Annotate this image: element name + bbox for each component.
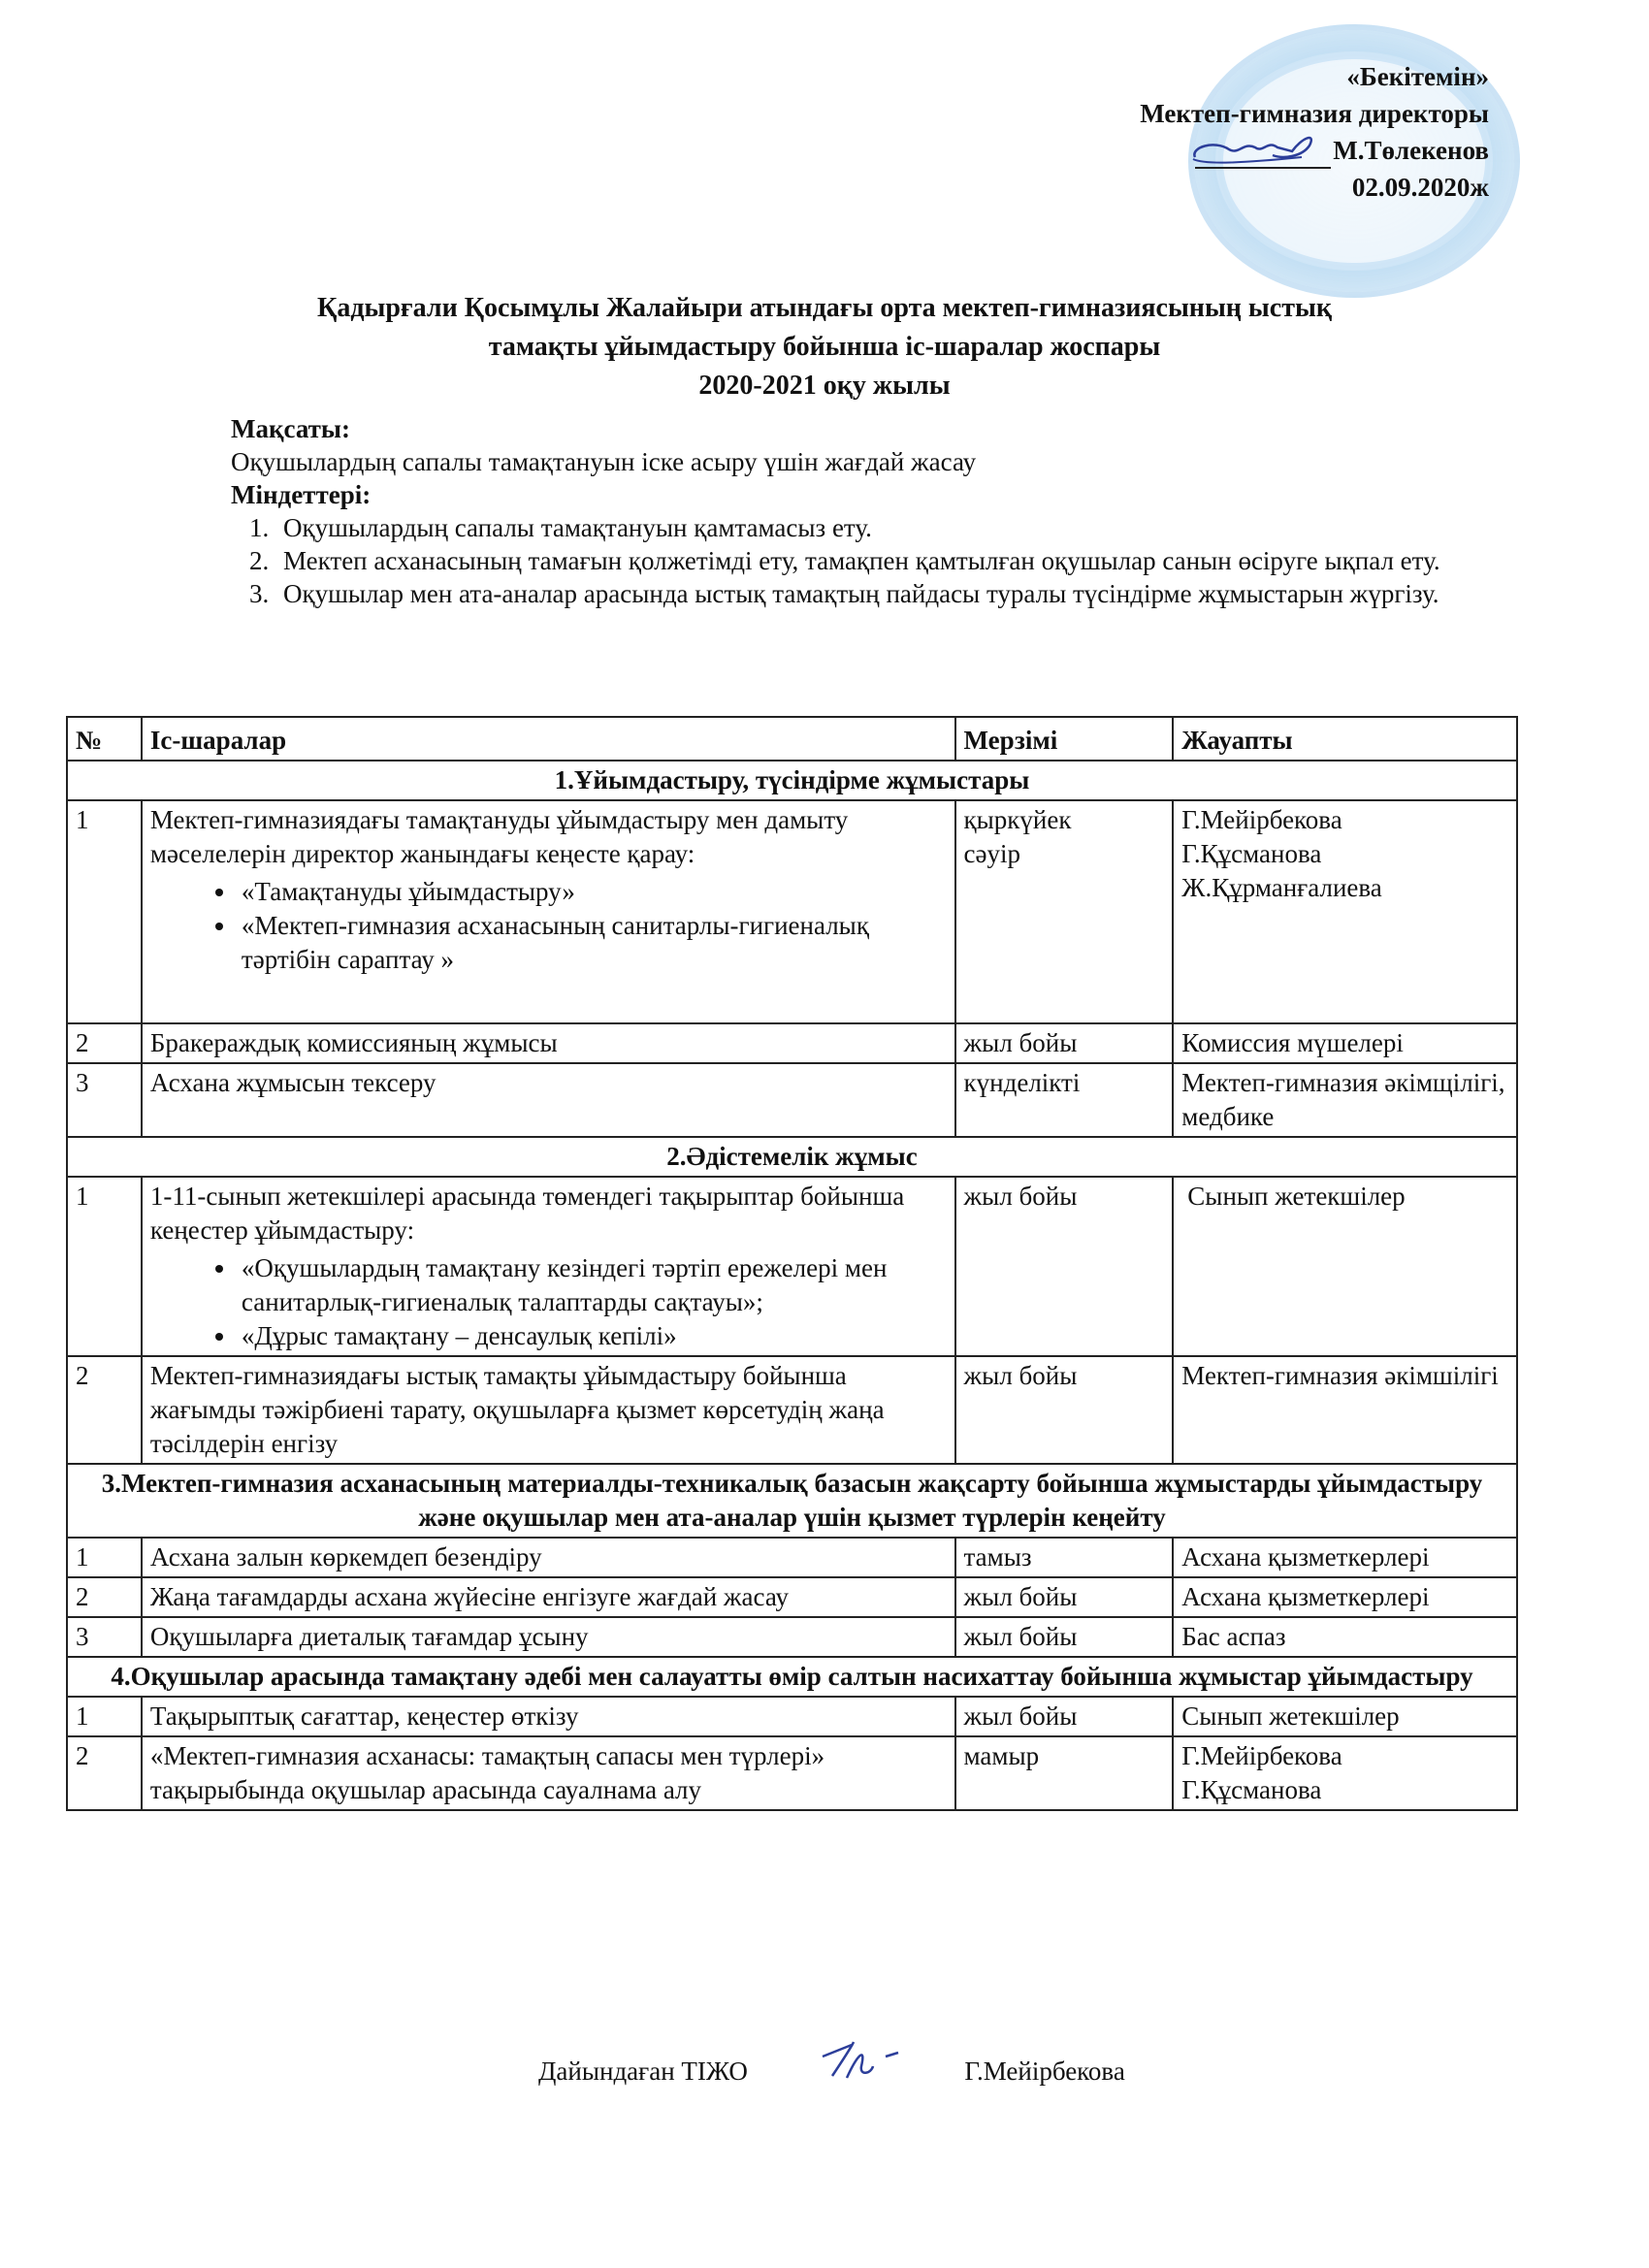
term-line: қыркүйек <box>964 803 1165 837</box>
row-responsible: Комиссия мүшелері <box>1173 1023 1517 1063</box>
row-activity: Мектеп-гимназиядағы ыстық тамақты ұйымда… <box>142 1356 955 1464</box>
row-activity: Жаңа тағамдарды асхана жүйесіне енгізуге… <box>142 1577 955 1617</box>
responsible-line: Г.Құсманова <box>1181 837 1508 871</box>
signature-scribble-icon <box>813 2037 939 2086</box>
approval-signature-row: М.Төлекенов <box>1140 132 1489 169</box>
section-row: 3.Мектеп-гимназия асханасының материалды… <box>67 1464 1517 1538</box>
task-item: Мектеп асханасының тамағын қолжетімді ет… <box>275 544 1492 577</box>
row-term: жыл бойы <box>955 1356 1174 1464</box>
bullet-item: «Мектеп-гимназия асханасының санитарлы-г… <box>238 909 947 977</box>
row-activity: Тақырыптық сағаттар, кеңестер өткізу <box>142 1697 955 1736</box>
intro-block: Мақсаты: Оқушылардың сапалы тамақтануын … <box>231 412 1492 610</box>
row-responsible: Бас аспаз <box>1173 1617 1517 1657</box>
row-number: 2 <box>67 1736 142 1810</box>
activity-bullets: «Оқушылардың тамақтану кезіндегі тәртіп … <box>150 1251 947 1353</box>
row-number: 1 <box>67 1177 142 1356</box>
activity-bullets: «Тамақтануды ұйымдастыру» «Мектеп-гимназ… <box>150 875 947 977</box>
row-activity: Оқушыларға диеталық тағамдар ұсыну <box>142 1617 955 1657</box>
footer-signature: Дайындаған ТІЖО Г.Мейірбекова <box>538 2055 1125 2093</box>
activity-text: 1-11-сынып жетекшілері арасында төмендег… <box>150 1182 904 1245</box>
bullet-item: «Дұрыс тамақтану – денсаулық кепілі» <box>238 1319 947 1353</box>
table-row: 1 Тақырыптық сағаттар, кеңестер өткізу ж… <box>67 1697 1517 1736</box>
title-line-1: Қадырғали Қосымұлы Жалайыри атындағы орт… <box>0 289 1649 328</box>
table-row: 2 Жаңа тағамдарды асхана жүйесіне енгізу… <box>67 1577 1517 1617</box>
approval-block: «Бекітемін» Мектеп-гимназия директоры М.… <box>1140 58 1489 206</box>
header-responsible: Жауапты <box>1173 717 1517 761</box>
row-number: 3 <box>67 1063 142 1137</box>
table-row: 1 Асхана залын көркемдеп безендіру тамыз… <box>67 1538 1517 1577</box>
row-activity: «Мектеп-гимназия асханасы: тамақтың сапа… <box>142 1736 955 1810</box>
term-line: сәуір <box>964 837 1165 871</box>
row-term: жыл бойы <box>955 1617 1174 1657</box>
row-term: қыркүйек сәуір <box>955 800 1174 1023</box>
document-title: Қадырғали Қосымұлы Жалайыри атындағы орт… <box>0 289 1649 405</box>
table-row: 1 Мектеп-гимназиядағы тамақтануды ұйымда… <box>67 800 1517 1023</box>
row-number: 3 <box>67 1617 142 1657</box>
bullet-item: «Оқушылардың тамақтану кезіндегі тәртіп … <box>238 1251 947 1319</box>
section-row: 4.Оқушылар арасында тамақтану әдебі мен … <box>67 1657 1517 1697</box>
goal-heading: Мақсаты: <box>231 412 1492 445</box>
header-term: Мерзімі <box>955 717 1174 761</box>
responsible-line: Ж.Құрманғалиева <box>1181 871 1508 905</box>
tasks-list: Оқушылардың сапалы тамақтануын қамтамасы… <box>231 511 1492 610</box>
table-row: 3 Оқушыларға диеталық тағамдар ұсыну жыл… <box>67 1617 1517 1657</box>
row-number: 1 <box>67 1697 142 1736</box>
section-title: 3.Мектеп-гимназия асханасының материалды… <box>67 1464 1517 1538</box>
title-line-2: тамақты ұйымдастыру бойынша іс-шаралар ж… <box>0 328 1649 367</box>
row-term: тамыз <box>955 1538 1174 1577</box>
task-item: Оқушылардың сапалы тамақтануын қамтамасы… <box>275 511 1492 544</box>
row-activity: Мектеп-гимназиядағы тамақтануды ұйымдаст… <box>142 800 955 1023</box>
table-row: 3 Асхана жұмысын тексеру күнделікті Мект… <box>67 1063 1517 1137</box>
approval-heading: «Бекітемін» <box>1140 58 1489 95</box>
section-title: 1.Ұйымдастыру, түсіндірме жұмыстары <box>67 761 1517 800</box>
section-title: 4.Оқушылар арасында тамақтану әдебі мен … <box>67 1657 1517 1697</box>
activity-plan-table: № Іс-шаралар Мерзімі Жауапты 1.Ұйымдасты… <box>66 716 1518 1811</box>
signature-scribble-icon <box>1185 128 1331 167</box>
responsible-line: Г.Құсманова <box>1181 1773 1508 1807</box>
section-title: 2.Әдістемелік жұмыс <box>67 1137 1517 1177</box>
row-term: жыл бойы <box>955 1697 1174 1736</box>
tasks-heading: Міндеттері: <box>231 478 1492 511</box>
row-responsible: Асхана қызметкерлері <box>1173 1577 1517 1617</box>
row-term: жыл бойы <box>955 1577 1174 1617</box>
row-number: 2 <box>67 1023 142 1063</box>
row-responsible: Сынып жетекшілер <box>1173 1177 1517 1356</box>
responsible-line: Г.Мейірбекова <box>1181 803 1508 837</box>
approval-signatory: М.Төлекенов <box>1333 136 1489 165</box>
row-activity: Асхана залын көркемдеп безендіру <box>142 1538 955 1577</box>
prepared-by-label: Дайындаған ТІЖО <box>538 2057 748 2087</box>
bullet-item: «Тамақтануды ұйымдастыру» <box>238 875 947 909</box>
row-term: жыл бойы <box>955 1023 1174 1063</box>
row-number: 2 <box>67 1356 142 1464</box>
table-header-row: № Іс-шаралар Мерзімі Жауапты <box>67 717 1517 761</box>
approval-position: Мектеп-гимназия директоры <box>1140 95 1489 132</box>
director-signature <box>1195 142 1331 169</box>
table-row: 2 Бракераждық комиссияның жұмысы жыл бой… <box>67 1023 1517 1063</box>
responsible-line: Г.Мейірбекова <box>1181 1739 1508 1773</box>
header-number: № <box>67 717 142 761</box>
row-activity: Асхана жұмысын тексеру <box>142 1063 955 1137</box>
table-row: 2 Мектеп-гимназиядағы ыстық тамақты ұйым… <box>67 1356 1517 1464</box>
row-activity: 1-11-сынып жетекшілері арасында төмендег… <box>142 1177 955 1356</box>
goal-text: Оқушылардың сапалы тамақтануын іске асыр… <box>231 445 1492 478</box>
table-row: 2 «Мектеп-гимназия асханасы: тамақтың са… <box>67 1736 1517 1810</box>
row-number: 2 <box>67 1577 142 1617</box>
row-number: 1 <box>67 1538 142 1577</box>
row-responsible: Г.Мейірбекова Г.Құсманова Ж.Құрманғалиев… <box>1173 800 1517 1023</box>
preparer-name: Г.Мейірбекова <box>964 2057 1124 2087</box>
row-term: күнделікті <box>955 1063 1174 1137</box>
section-row: 1.Ұйымдастыру, түсіндірме жұмыстары <box>67 761 1517 800</box>
section-row: 2.Әдістемелік жұмыс <box>67 1137 1517 1177</box>
row-responsible: Мектеп-гимназия әкімшілігі <box>1173 1356 1517 1464</box>
row-responsible: Мектеп-гимназия әкімщілігі, медбике <box>1173 1063 1517 1137</box>
approval-date: 02.09.2020ж <box>1140 169 1489 206</box>
activity-text: Мектеп-гимназиядағы тамақтануды ұйымдаст… <box>150 805 848 868</box>
row-number: 1 <box>67 800 142 1023</box>
row-activity: Бракераждық комиссияның жұмысы <box>142 1023 955 1063</box>
row-responsible: Г.Мейірбекова Г.Құсманова <box>1173 1736 1517 1810</box>
task-item: Оқушылар мен ата-аналар арасында ыстық т… <box>275 577 1492 610</box>
row-term: жыл бойы <box>955 1177 1174 1356</box>
row-term: мамыр <box>955 1736 1174 1810</box>
preparer-signature <box>813 2055 939 2093</box>
header-activity: Іс-шаралар <box>142 717 955 761</box>
title-line-3: 2020-2021 оқу жылы <box>0 367 1649 405</box>
row-responsible: Сынып жетекшілер <box>1173 1697 1517 1736</box>
table-row: 1 1-11-сынып жетекшілері арасында төменд… <box>67 1177 1517 1356</box>
row-responsible: Асхана қызметкерлері <box>1173 1538 1517 1577</box>
